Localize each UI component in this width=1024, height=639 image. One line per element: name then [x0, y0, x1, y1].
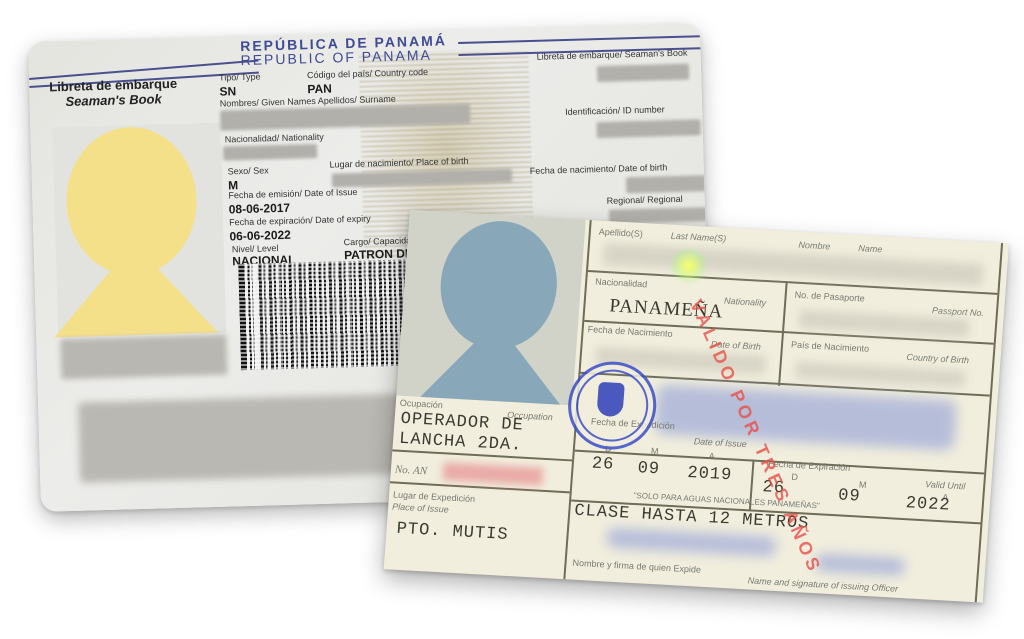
expiry-date-value: 06-06-2022: [229, 228, 291, 244]
photo-placeholder: [52, 123, 226, 338]
dob-label: Fecha de nacimiento/ Date of birth: [530, 162, 668, 176]
surname-label-en: Last Name(S): [670, 231, 726, 244]
nationality-label: Nacionalidad/ Nationality: [225, 132, 324, 145]
header-rule: [458, 35, 700, 44]
document-title: Libreta de embarque Seaman's Book: [49, 76, 178, 110]
sex-label: Sexo/ Sex: [228, 165, 269, 176]
capacity-label: Cargo/ Capacidad: [344, 235, 417, 247]
coat-of-arms-icon: [596, 382, 624, 417]
passport-label-es: No. de Pasaporte: [794, 290, 865, 304]
issue-day: 26: [591, 455, 615, 475]
photo-placeholder: [396, 210, 585, 405]
signature-label-es: Nombre y firma de quien Expide: [572, 558, 701, 575]
expiry-year: 2022: [905, 494, 951, 515]
expiry-label-en: Valid Until: [925, 479, 966, 491]
expiry-d-label: D: [791, 472, 798, 482]
type-value: SN: [219, 84, 236, 98]
redacted-signature: [60, 335, 227, 380]
place-value: PTO. MUTIS: [396, 520, 509, 545]
nationality-label-es: Nacionalidad: [595, 276, 648, 289]
issue-date-label: Fecha de emisión/ Date of Issue: [228, 187, 357, 201]
silhouette-body: [405, 316, 580, 405]
nationality-label-en: Nationality: [724, 296, 767, 308]
redacted-dob: [626, 175, 706, 193]
book-number-label: Libreta de embarque/ Seaman's Book: [536, 48, 687, 62]
passport-label-en: Passport No.: [932, 305, 985, 318]
issue-a-label: A: [708, 451, 715, 461]
country-code-value: PAN: [307, 82, 332, 97]
issue-date-value: 08-06-2017: [229, 201, 291, 217]
title-en: Seaman's Book: [49, 91, 177, 110]
name-label-es: Nombre: [798, 240, 831, 252]
cob-label-en: Country of Birth: [906, 352, 969, 365]
redacted-book-number: [597, 64, 689, 83]
signature-label-en: Name and signature of issuing Officer: [747, 575, 898, 593]
license-card: Apellido(S) Last Name(S) Nombre Name Nac…: [384, 210, 1009, 603]
issue-month: 09: [637, 459, 661, 479]
issue-year: 2019: [687, 464, 733, 485]
place-label-en: Place of Issue: [392, 501, 449, 514]
redacted-cob: [795, 362, 966, 387]
issue-label-en: Date of Issue: [693, 436, 747, 449]
grid-line: [975, 243, 1003, 602]
redacted-number: [442, 462, 543, 486]
surname-label-es: Apellido(S): [599, 227, 644, 239]
type-label: Tipo/ Type: [219, 72, 261, 83]
occupation-label-es: Ocupación: [399, 398, 443, 410]
name-label-en: Name: [858, 243, 883, 254]
number-label: No. AN: [395, 464, 428, 478]
redacted-officer-name: [606, 528, 777, 557]
id-label: Identificación/ ID number: [565, 104, 665, 117]
silhouette-body: [52, 241, 219, 338]
redacted-nationality: [223, 144, 317, 161]
grid-line: [778, 281, 788, 386]
expiry-month: 09: [837, 486, 861, 506]
redacted-id: [596, 119, 700, 138]
regional-label: Regional/ Regional: [607, 194, 683, 206]
cob-label-es: País de Nacimiento: [791, 339, 870, 353]
redacted-surname: [602, 243, 983, 286]
redacted-signature: [815, 553, 906, 576]
dob-label-es: Fecha de Nacimiento: [587, 324, 673, 339]
issue-m-label: M: [651, 446, 659, 456]
